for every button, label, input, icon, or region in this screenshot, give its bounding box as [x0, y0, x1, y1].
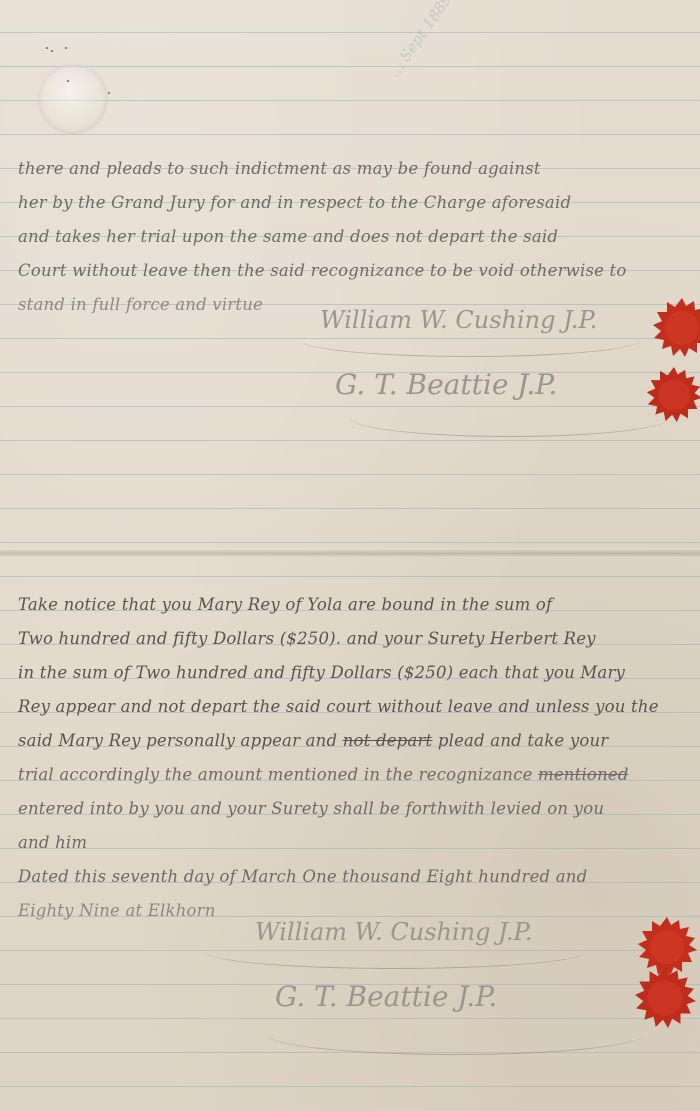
text-line: entered into by you and your Surety shal…	[18, 792, 604, 826]
struck-text: not depart	[343, 731, 433, 750]
text-line: and takes her trial upon the same and do…	[18, 220, 558, 254]
pinhole-icon	[51, 50, 53, 52]
text-segment: said Mary Rey personally appear and	[18, 731, 343, 750]
text-segment: plead and take your	[432, 731, 608, 750]
text-line: Eighty Nine at Elkhorn	[18, 894, 216, 928]
red-wax-seal-icon	[652, 298, 700, 358]
text-line: and him	[18, 826, 87, 860]
signature-beattie: G. T. Beattie J.P.	[335, 368, 557, 401]
pinhole-icon	[108, 92, 110, 94]
text-segment: trial accordingly the amount mentioned i…	[18, 765, 538, 784]
horizontal-fold-crease	[0, 548, 700, 558]
text-line: Dated this seventh day of March One thou…	[18, 860, 587, 894]
pinhole-icon	[65, 47, 67, 49]
pinhole-icon	[46, 47, 48, 49]
text-line: stand in full force and virtue	[18, 288, 263, 322]
signature-beattie: G. T. Beattie J.P.	[275, 980, 497, 1013]
red-wax-seal-icon	[634, 967, 696, 1029]
signature-cushing: William W. Cushing J.P.	[320, 306, 597, 334]
text-line: Rey appear and not depart the said court…	[18, 690, 659, 724]
text-line: trial accordingly the amount mentioned i…	[18, 758, 629, 792]
text-line: said Mary Rey personally appear and not …	[18, 724, 608, 758]
text-line: there and pleads to such indictment as m…	[18, 152, 541, 186]
text-line: Two hundred and fifty Dollars ($250). an…	[18, 622, 596, 656]
signature-cushing: William W. Cushing J.P.	[255, 918, 532, 946]
struck-text: mentioned	[538, 765, 629, 784]
text-line: in the sum of Two hundred and fifty Doll…	[18, 656, 625, 690]
red-wax-seal-icon	[646, 364, 700, 426]
embossed-seal-icon	[38, 64, 108, 134]
text-line: Take notice that you Mary Rey of Yola ar…	[18, 588, 552, 622]
text-line: Court without leave then the said recogn…	[18, 254, 627, 288]
text-line: her by the Grand Jury for and in respect…	[18, 186, 571, 220]
pinhole-icon	[67, 80, 69, 82]
document-page: ... Sept 1889 ... there and pleads to su…	[0, 0, 700, 1111]
